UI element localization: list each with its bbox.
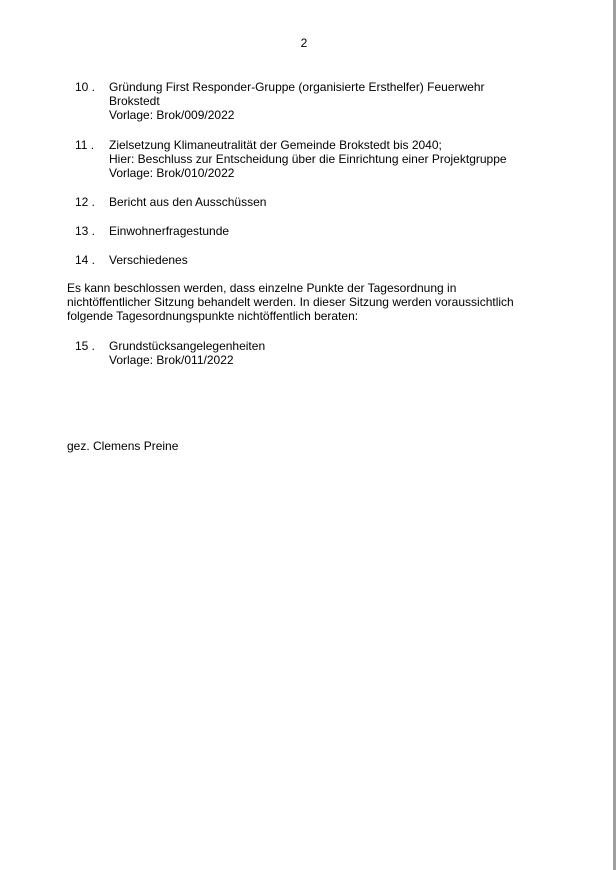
agenda-item-title: Zielsetzung Klimaneutralität der Gemeind… <box>109 138 549 152</box>
agenda-item-reference: Vorlage: Brok/011/2022 <box>109 353 549 367</box>
agenda-item-14: 14 . Verschiedenes <box>75 253 545 267</box>
notice-line: folgende Tagesordnungspunkte nichtöffent… <box>67 309 547 323</box>
agenda-item-body: Einwohnerfragestunde <box>109 224 549 238</box>
agenda-item-12: 12 . Bericht aus den Ausschüssen <box>75 195 545 209</box>
agenda-item-number: 13 . <box>75 224 109 238</box>
notice-line: nichtöffentlicher Sitzung behandelt werd… <box>67 295 547 309</box>
agenda-item-subtitle: Hier: Beschluss zur Entscheidung über di… <box>109 152 549 166</box>
agenda-item-title: Einwohnerfragestunde <box>109 224 549 238</box>
agenda-item-15: 15 . Grundstücksangelegenheiten Vorlage:… <box>75 339 545 367</box>
agenda-item-number: 11 . <box>75 138 109 152</box>
agenda-item-title: Verschiedenes <box>109 253 549 267</box>
agenda-item-body: Gründung First Responder-Gruppe (organis… <box>109 80 549 122</box>
document-page: 2 10 . Gründung First Responder-Gruppe (… <box>0 0 613 870</box>
agenda-item-title-cont: Brokstedt <box>109 94 549 108</box>
agenda-item-body: Verschiedenes <box>109 253 549 267</box>
agenda-item-reference: Vorlage: Brok/010/2022 <box>109 166 549 180</box>
agenda-item-reference: Vorlage: Brok/009/2022 <box>109 108 549 122</box>
agenda-item-title: Grundstücksangelegenheiten <box>109 339 549 353</box>
agenda-item-body: Bericht aus den Ausschüssen <box>109 195 549 209</box>
agenda-item-body: Grundstücksangelegenheiten Vorlage: Brok… <box>109 339 549 367</box>
agenda-item-title: Bericht aus den Ausschüssen <box>109 195 549 209</box>
signature: gez. Clemens Preine <box>67 439 178 453</box>
agenda-item-13: 13 . Einwohnerfragestunde <box>75 224 545 238</box>
agenda-item-number: 10 . <box>75 80 109 94</box>
agenda-item-body: Zielsetzung Klimaneutralität der Gemeind… <box>109 138 549 180</box>
notice-line: Es kann beschlossen werden, dass einzeln… <box>67 281 547 295</box>
agenda-item-number: 15 . <box>75 339 109 353</box>
non-public-session-notice: Es kann beschlossen werden, dass einzeln… <box>67 281 547 323</box>
agenda-item-10: 10 . Gründung First Responder-Gruppe (or… <box>75 80 545 124</box>
page-number: 2 <box>0 36 608 51</box>
agenda-item-number: 14 . <box>75 253 109 267</box>
agenda-item-title: Gründung First Responder-Gruppe (organis… <box>109 80 549 94</box>
agenda-item-11: 11 . Zielsetzung Klimaneutralität der Ge… <box>75 138 545 182</box>
agenda-item-number: 12 . <box>75 195 109 209</box>
